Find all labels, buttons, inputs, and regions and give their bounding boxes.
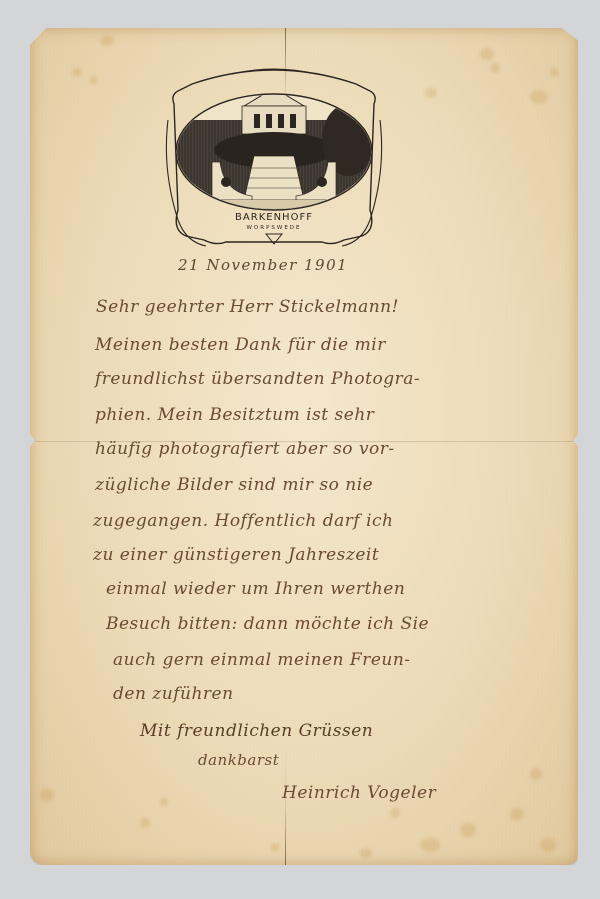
foxing-stain <box>90 76 98 84</box>
foxing-stain <box>530 90 548 104</box>
body-line: auch gern einmal meinen Freun- <box>113 650 411 670</box>
foxing-stain <box>490 63 500 73</box>
signature: Heinrich Vogeler <box>282 783 436 803</box>
foxing-stain <box>72 68 82 77</box>
foxing-stain <box>40 788 54 802</box>
body-line: Meinen besten Dank für die mir <box>95 335 386 355</box>
foxing-stain <box>360 848 372 858</box>
letterhead-title: BARKENHOFF <box>162 212 386 223</box>
foxing-stain <box>420 838 440 852</box>
body-line: zügliche Bilder sind mir so nie <box>95 475 373 495</box>
foxing-stain <box>390 808 400 818</box>
body-line: häufig photografiert aber so vor- <box>95 439 395 459</box>
foxing-stain <box>510 808 524 820</box>
body-line: phien. Mein Besitztum ist sehr <box>95 405 374 425</box>
foxing-stain <box>140 818 150 828</box>
body-line: Besuch bitten: dann möchte ich Sie <box>106 614 429 634</box>
body-line: den zuführen <box>113 684 234 704</box>
foxing-stain <box>530 768 542 780</box>
foxing-stain <box>160 798 168 806</box>
letterhead: BARKENHOFF WORPSWEDE <box>162 60 386 256</box>
foxing-stain <box>425 88 437 98</box>
body-line: freundlichst übersandten Photogra- <box>95 369 420 389</box>
foxing-stain <box>550 68 559 77</box>
body-line: einmal wieder um Ihren werthen <box>106 579 405 599</box>
body-line: zu einer günstigeren Jahreszeit <box>93 545 379 565</box>
body-line: zugegangen. Hoffentlich darf ich <box>93 511 394 531</box>
foxing-stain <box>460 823 476 837</box>
letterhead-subtitle: WORPSWEDE <box>162 225 386 231</box>
foxing-stain <box>100 36 114 46</box>
foxing-stain <box>540 838 556 852</box>
salutation: Sehr geehrter Herr Stickelmann! <box>96 297 399 317</box>
closing-thanks: dankbarst <box>198 751 279 769</box>
letter-date: 21 November 1901 <box>178 256 348 274</box>
foxing-stain <box>270 843 280 851</box>
foxing-stain <box>480 48 494 60</box>
closing: Mit freundlichen Grüssen <box>140 721 373 741</box>
